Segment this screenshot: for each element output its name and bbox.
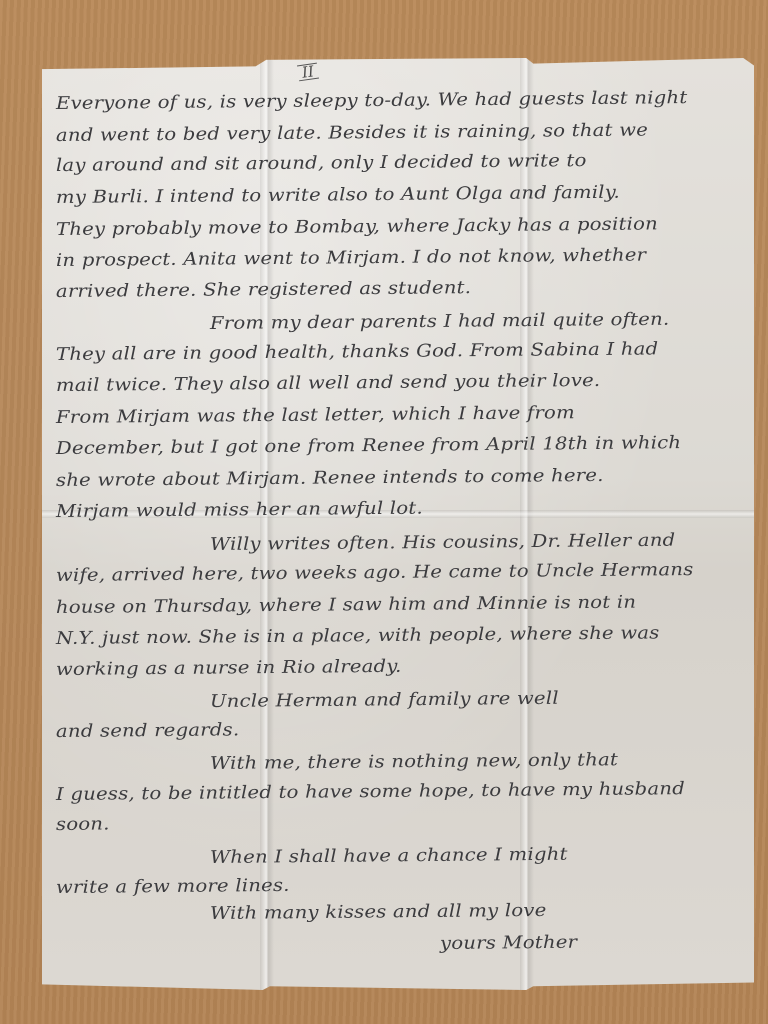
letter-line: With many kisses and all my love (210, 901, 547, 924)
letter-line: Mirjam would miss her an awful lot. (56, 499, 423, 522)
letter-line: mail twice. They also all well and send … (56, 371, 601, 396)
letter-line: arrived there. She registered as student… (56, 278, 471, 302)
letter-line: Uncle Herman and family are well (210, 689, 559, 712)
letter-line: Willy writes often. His cousins, Dr. Hel… (210, 531, 676, 555)
page-number-mark: II (297, 63, 319, 82)
letter-line: lay around and sit around, only I decide… (56, 151, 587, 176)
letter-line: N.Y. just now. She is in a place, with p… (56, 623, 660, 649)
letter-line: With me, there is nothing new, only that (210, 750, 618, 774)
letter-line: write a few more lines. (56, 876, 290, 898)
letter-page: II Everyone of us, is very sleepy to-day… (42, 58, 754, 990)
letter-line: house on Thursday, where I saw him and M… (56, 593, 636, 618)
letter-line: They all are in good health, thanks God.… (56, 339, 659, 365)
letter-line: and send regards. (56, 720, 240, 742)
letter-line: From Mirjam was the last letter, which I… (56, 403, 575, 428)
letter-line: December, but I got one from Renee from … (56, 433, 681, 459)
letter-line: and went to bed very late. Besides it is… (56, 120, 648, 146)
letter-line: Everyone of us, is very sleepy to-day. W… (56, 88, 688, 114)
letter-line: wife, arrived here, two weeks ago. He ca… (56, 560, 694, 586)
letter-line: in prospect. Anita went to Mirjam. I do … (56, 245, 646, 271)
letter-line: working as a nurse in Rio already. (56, 657, 402, 680)
letter-line: yours Mother (440, 933, 577, 954)
letter-line: my Burli. I intend to write also to Aunt… (56, 183, 620, 208)
letter-line: They probably move to Bombay, where Jack… (56, 214, 658, 240)
letter-line: When I shall have a chance I might (210, 845, 568, 868)
letter-line: I guess, to be intitled to have some hop… (56, 779, 685, 805)
letter-line: From my dear parents I had mail quite of… (210, 310, 670, 334)
letter-line: soon. (56, 814, 110, 835)
